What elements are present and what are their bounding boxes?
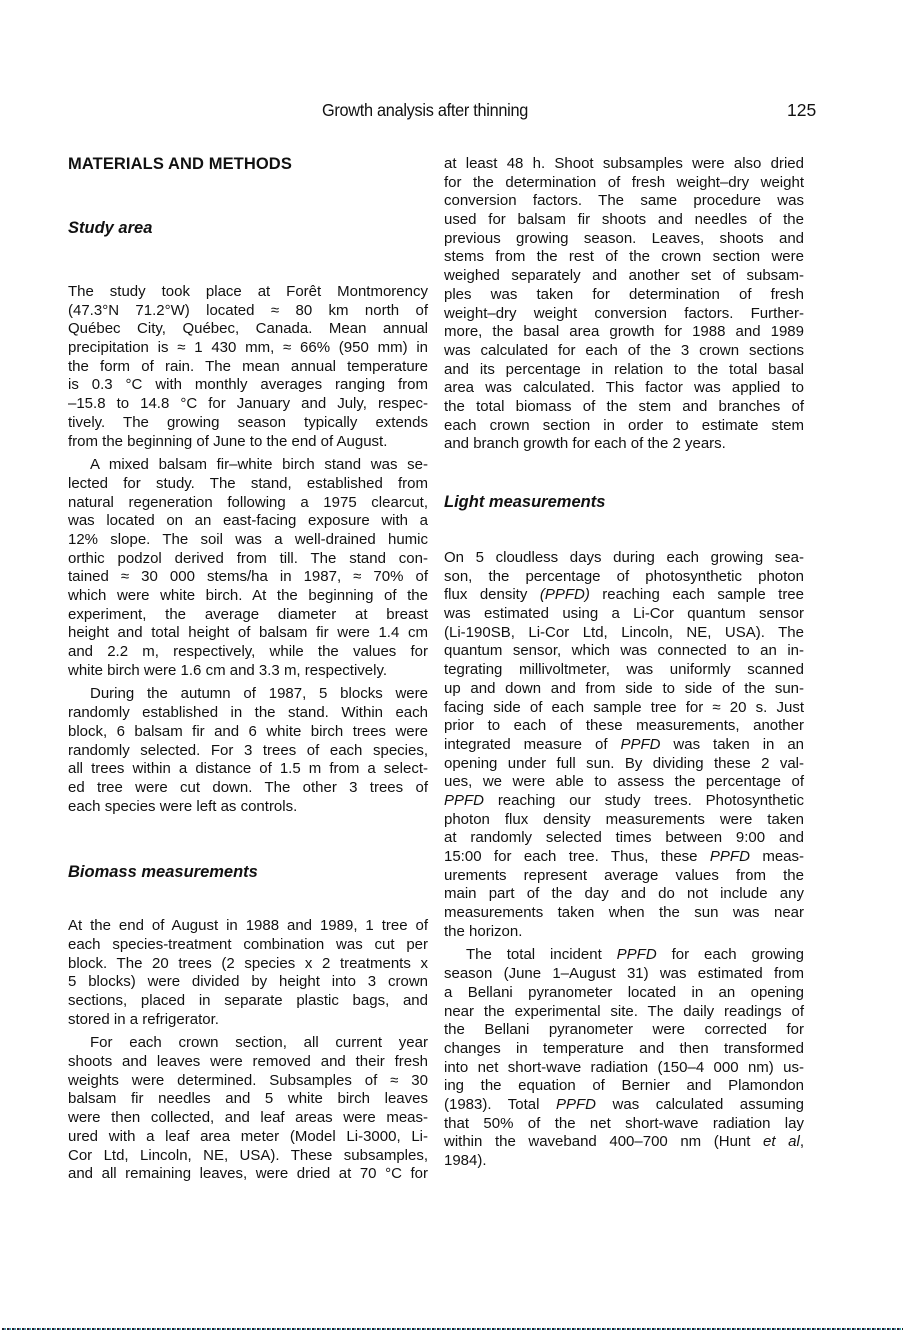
text-line: at least 48 h. Shoot subsamples were als… <box>444 155 804 174</box>
text-line: conversion factors. The same procedure w… <box>444 192 804 211</box>
text-line: was located on an east-facing exposure w… <box>68 512 428 531</box>
text-line: 1984). <box>444 1152 804 1171</box>
text-line: all trees within a distance of 1.5 m fro… <box>68 760 428 779</box>
running-title: Growth analysis after thinning <box>322 100 528 121</box>
text-line: precipitation is ≈ 1 430 mm, ≈ 66% (950 … <box>68 339 428 358</box>
text-line: used for balsam fir shoots and needles o… <box>444 211 804 230</box>
text-line: the total biomass of the stem and branch… <box>444 398 804 417</box>
section-heading-materials-methods: MATERIALS AND METHODS <box>68 155 428 173</box>
text-line: 12% slope. The soil was a well-drained h… <box>68 531 428 550</box>
text-line: flux density (PPFD) reaching each sample… <box>444 586 804 605</box>
text-line: ing the equation of Bernier and Plamondo… <box>444 1077 804 1096</box>
paragraph-light-2: The total incident PPFD for each growing… <box>444 946 804 1170</box>
text-line: During the autumn of 1987, 5 blocks were <box>68 685 428 704</box>
text-line: tively. The growing season typically ext… <box>68 414 428 433</box>
text-line: each species were left as controls. <box>68 798 428 817</box>
text-line: The study took place at Forêt Montmorenc… <box>68 283 428 302</box>
text-line: the form of rain. The mean annual temper… <box>68 358 428 377</box>
text-line: integrated measure of PPFD was taken in … <box>444 736 804 755</box>
text-line: –15.8 to 14.8 °C for January and July, r… <box>68 395 428 414</box>
text-line: A mixed balsam fir–white birch stand was… <box>68 456 428 475</box>
text-line: Québec City, Québec, Canada. Mean annual <box>68 320 428 339</box>
text-line: stems from the rest of the crown section… <box>444 248 804 267</box>
text-line: shoots and leaves were removed and their… <box>68 1053 428 1072</box>
text-line: tegrating millivoltmeter, was uniformly … <box>444 661 804 680</box>
text-line: and branch growth for each of the 2 year… <box>444 435 804 454</box>
text-line: For each crown section, all current year <box>68 1034 428 1053</box>
text-line: main part of the day and do not include … <box>444 885 804 904</box>
text-line: ured with a leaf area meter (Model Li-30… <box>68 1128 428 1147</box>
text-line: natural regeneration following a 1975 cl… <box>68 494 428 513</box>
text-line: urements represent average values from t… <box>444 867 804 886</box>
text-line: block, 6 balsam fir and 6 white birch tr… <box>68 723 428 742</box>
text-line: more, the basal area growth for 1988 and… <box>444 323 804 342</box>
left-column: MATERIALS AND METHODS Study area The stu… <box>68 155 428 1189</box>
text-line: ples was taken for determination of fres… <box>444 286 804 305</box>
text-line: a Bellani pyranometer located in an open… <box>444 984 804 1003</box>
text-line: height and total height of balsam fir we… <box>68 624 428 643</box>
text-line: previous growing season. Leaves, shoots … <box>444 230 804 249</box>
paragraph-biomass-1: At the end of August in 1988 and 1989, 1… <box>68 917 428 1029</box>
text-line: was calculated for each of the 3 crown s… <box>444 342 804 361</box>
text-line: weighed separately and another set of su… <box>444 267 804 286</box>
text-line: lected for study. The stand, established… <box>68 475 428 494</box>
text-line: were then collected, and leaf areas were… <box>68 1109 428 1128</box>
paragraph-study-area-1: The study took place at Forêt Montmorenc… <box>68 283 428 451</box>
text-line: weights were determined. Subsamples of ≈… <box>68 1072 428 1091</box>
text-line: 15:00 for each tree. Thus, these PPFD me… <box>444 848 804 867</box>
subheading-light-measurements: Light measurements <box>444 493 804 511</box>
text-line: each crown section in order to estimate … <box>444 417 804 436</box>
paragraph-study-area-2: A mixed balsam fir–white birch stand was… <box>68 456 428 680</box>
text-line: changes in temperature and then transfor… <box>444 1040 804 1059</box>
text-line: 5 blocks) were divided by height into 3 … <box>68 973 428 992</box>
text-line: into net short-wave radiation (150–4 000… <box>444 1059 804 1078</box>
text-line: The total incident PPFD for each growing <box>444 946 804 965</box>
text-line: orthic podzol derived from till. The sta… <box>68 550 428 569</box>
text-line: white birch were 1.6 cm and 3.3 m, respe… <box>68 662 428 681</box>
text-line: measurements taken when the sun was near <box>444 904 804 923</box>
text-line: prior to each of these measurements, ano… <box>444 717 804 736</box>
text-line: tained ≈ 30 000 stems/ha in 1987, ≈ 70% … <box>68 568 428 587</box>
text-line: the Bellani pyranometer were corrected f… <box>444 1021 804 1040</box>
text-line: stored in a refrigerator. <box>68 1011 428 1030</box>
text-line: block. The 20 trees (2 species x 2 treat… <box>68 955 428 974</box>
text-line: weight–dry weight conversion factors. Fu… <box>444 305 804 324</box>
text-line: for the determination of fresh weight–dr… <box>444 174 804 193</box>
text-line: area was calculated. This factor was app… <box>444 379 804 398</box>
text-line: the horizon. <box>444 923 804 942</box>
text-line: opening under full sun. By dividing thes… <box>444 755 804 774</box>
text-line: quantum sensor, which was connected to a… <box>444 642 804 661</box>
text-line: ed tree were cut down. The other 3 trees… <box>68 779 428 798</box>
text-line: (Li-190SB, Li-Cor Ltd, Lincoln, NE, USA)… <box>444 624 804 643</box>
text-line: was estimated using a Li-Cor quantum sen… <box>444 605 804 624</box>
text-line: up and down and from side to side of the… <box>444 680 804 699</box>
text-line: each species-treatment combination was c… <box>68 936 428 955</box>
paragraph-study-area-3: During the autumn of 1987, 5 blocks were… <box>68 685 428 816</box>
text-line: season (June 1–August 31) was estimated … <box>444 965 804 984</box>
text-line: facing side of each sample tree for ≈ 20… <box>444 699 804 718</box>
page-number: 125 <box>787 100 816 121</box>
text-line: which were white birch. At the beginning… <box>68 587 428 606</box>
paragraph-light-1: On 5 cloudless days during each growing … <box>444 549 804 941</box>
text-line: sections, placed in separate plastic bag… <box>68 992 428 1011</box>
text-line: within the waveband 400–700 nm (Hunt et … <box>444 1133 804 1152</box>
text-line: On 5 cloudless days during each growing … <box>444 549 804 568</box>
text-line: experiment, the average diameter at brea… <box>68 606 428 625</box>
text-line: and all remaining leaves, were dried at … <box>68 1165 428 1184</box>
right-column: at least 48 h. Shoot subsamples were als… <box>444 155 804 1176</box>
text-line: ues, we were able to assess the percenta… <box>444 773 804 792</box>
text-line: (1983). Total PPFD was calculated assumi… <box>444 1096 804 1115</box>
text-line: (47.3°N 71.2°W) located ≈ 80 km north of <box>68 302 428 321</box>
text-line: and 2.2 m, respectively, while the value… <box>68 643 428 662</box>
text-line: son, the percentage of photosynthetic ph… <box>444 568 804 587</box>
text-line: that 50% of the net short-wave radiation… <box>444 1115 804 1134</box>
running-header: Growth analysis after thinning 125 <box>0 100 905 124</box>
text-line: is 0.3 °C with monthly averages ranging … <box>68 376 428 395</box>
text-line: balsam fir needles and 5 white birch lea… <box>68 1090 428 1109</box>
text-line: and its percentage in relation to the to… <box>444 361 804 380</box>
text-line: randomly selected. For 3 trees of each s… <box>68 742 428 761</box>
subheading-biomass-measurements: Biomass measurements <box>68 863 428 881</box>
paragraph-biomass-continued: at least 48 h. Shoot subsamples were als… <box>444 155 804 454</box>
text-line: Cor Ltd, Lincoln, NE, USA). These subsam… <box>68 1147 428 1166</box>
scan-edge-border <box>2 1328 903 1330</box>
text-line: near the experimental site. The daily re… <box>444 1003 804 1022</box>
text-line: photon flux density measurements were ta… <box>444 811 804 830</box>
paragraph-biomass-2: For each crown section, all current year… <box>68 1034 428 1184</box>
text-line: At the end of August in 1988 and 1989, 1… <box>68 917 428 936</box>
text-line: from the beginning of June to the end of… <box>68 433 428 452</box>
text-line: at randomly selected times between 9:00 … <box>444 829 804 848</box>
text-line: randomly established in the stand. Withi… <box>68 704 428 723</box>
text-line: PPFD reaching our study trees. Photosynt… <box>444 792 804 811</box>
subheading-study-area: Study area <box>68 219 428 237</box>
